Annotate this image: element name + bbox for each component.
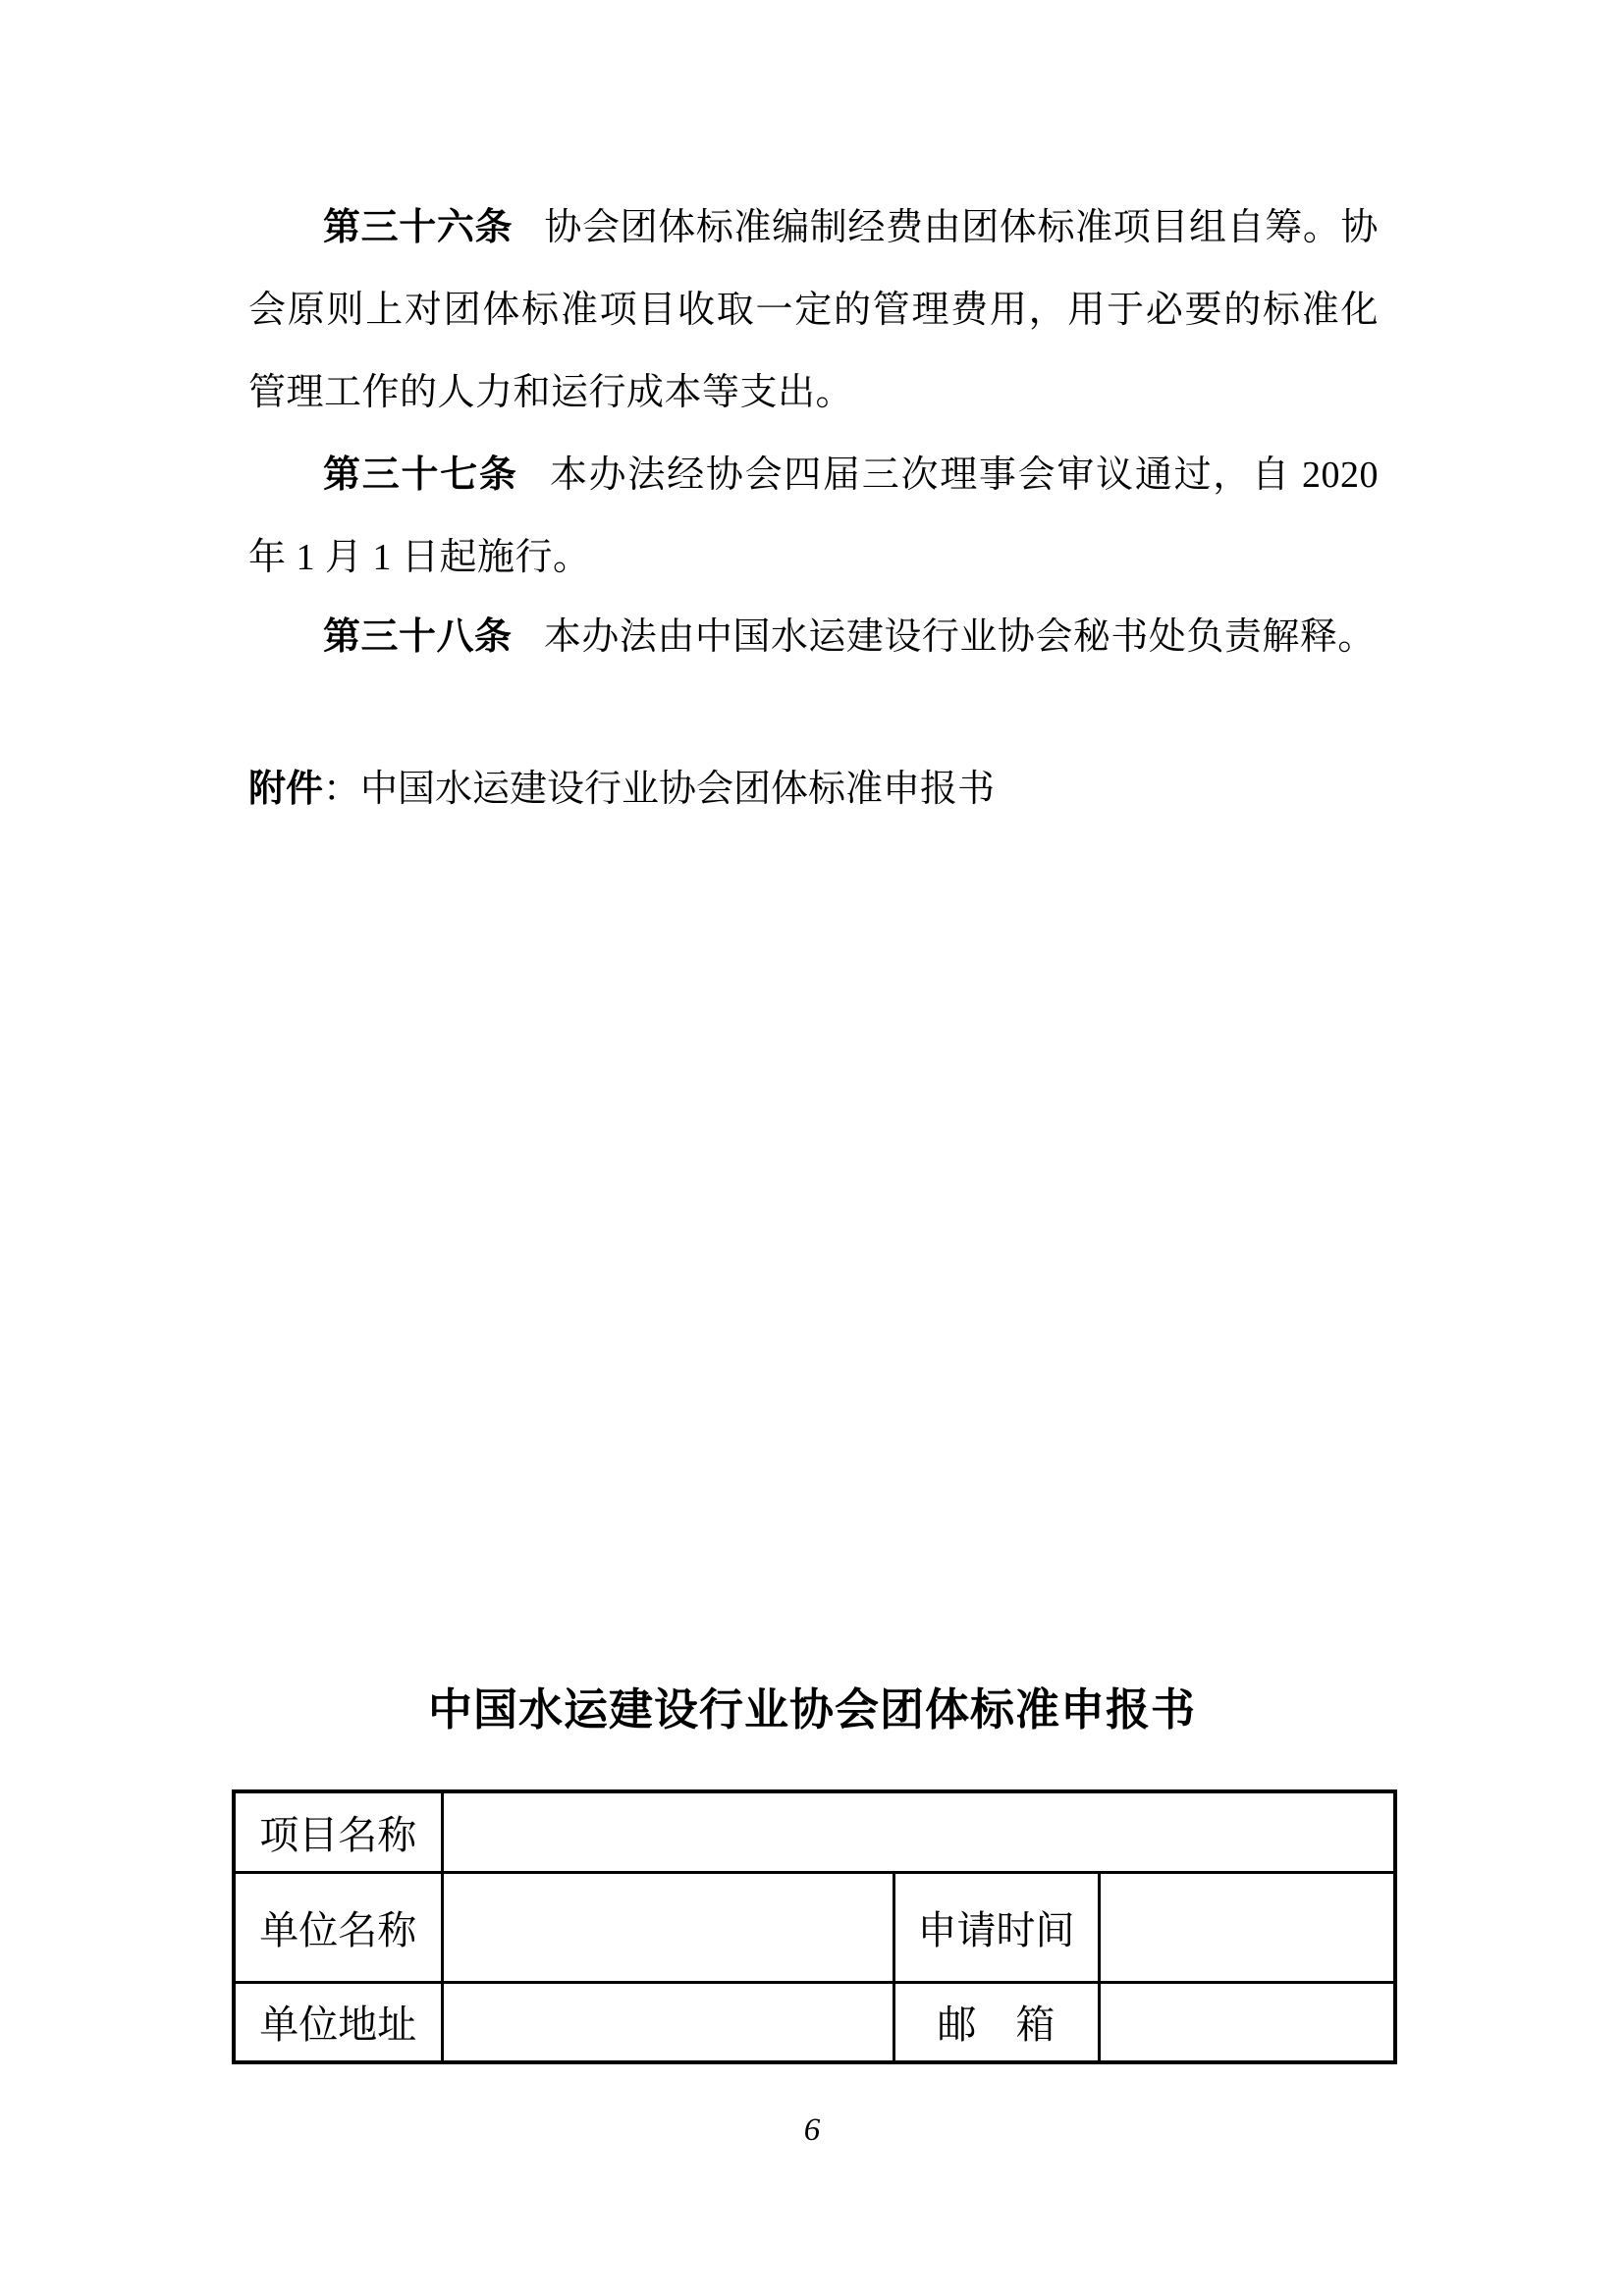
attachment-label: 附件	[248, 769, 323, 810]
email-label: 邮 箱	[893, 1982, 1099, 2062]
unit-address-label: 单位地址	[234, 1982, 442, 2062]
project-name-label: 项目名称	[234, 1791, 442, 1872]
unit-name-label: 单位名称	[234, 1872, 442, 1982]
apply-date-value-cell	[1099, 1872, 1395, 1982]
attachment-line: 附件：中国水运建设行业协会团体标准申报书	[248, 748, 1379, 830]
table-row-unit-address: 单位地址 邮 箱	[234, 1982, 1395, 2062]
document-page: 第三十六条协会团体标准编制经费由团体标准项目组自筹。协会原则上对团体标准项目收取…	[0, 0, 1624, 2296]
article-37-number: 第三十七条	[323, 454, 518, 496]
article-37-paragraph: 第三十七条本办法经协会四届三次理事会审议通过，自 2020 年 1 月 1 日起…	[248, 434, 1379, 599]
table-row-unit-name: 单位名称 申请时间	[234, 1872, 1395, 1982]
apply-date-label: 申请时间	[893, 1872, 1099, 1982]
article-36-number: 第三十六条	[323, 207, 513, 248]
unit-name-value-cell	[442, 1872, 893, 1982]
unit-address-value-cell	[442, 1982, 893, 2062]
table-row-project-name: 项目名称	[234, 1791, 1395, 1872]
article-36-paragraph: 第三十六条协会团体标准编制经费由团体标准项目组自筹。协会原则上对团体标准项目收取…	[248, 187, 1379, 434]
email-value-cell	[1099, 1982, 1395, 2062]
page-number: 6	[0, 2110, 1624, 2150]
article-38-number: 第三十八条	[323, 616, 513, 658]
article-38-paragraph: 第三十八条本办法由中国水运建设行业协会秘书处负责解释。	[248, 596, 1379, 678]
project-name-value-cell	[442, 1791, 1395, 1872]
application-form-table: 项目名称 单位名称 申请时间 单位地址 邮 箱	[232, 1789, 1397, 2064]
article-38-text: 本办法由中国水运建设行业协会秘书处负责解释。	[544, 616, 1376, 658]
attachment-text: ：中国水运建设行业协会团体标准申报书	[323, 769, 995, 810]
form-title: 中国水运建设行业协会团体标准申报书	[0, 1669, 1624, 1751]
